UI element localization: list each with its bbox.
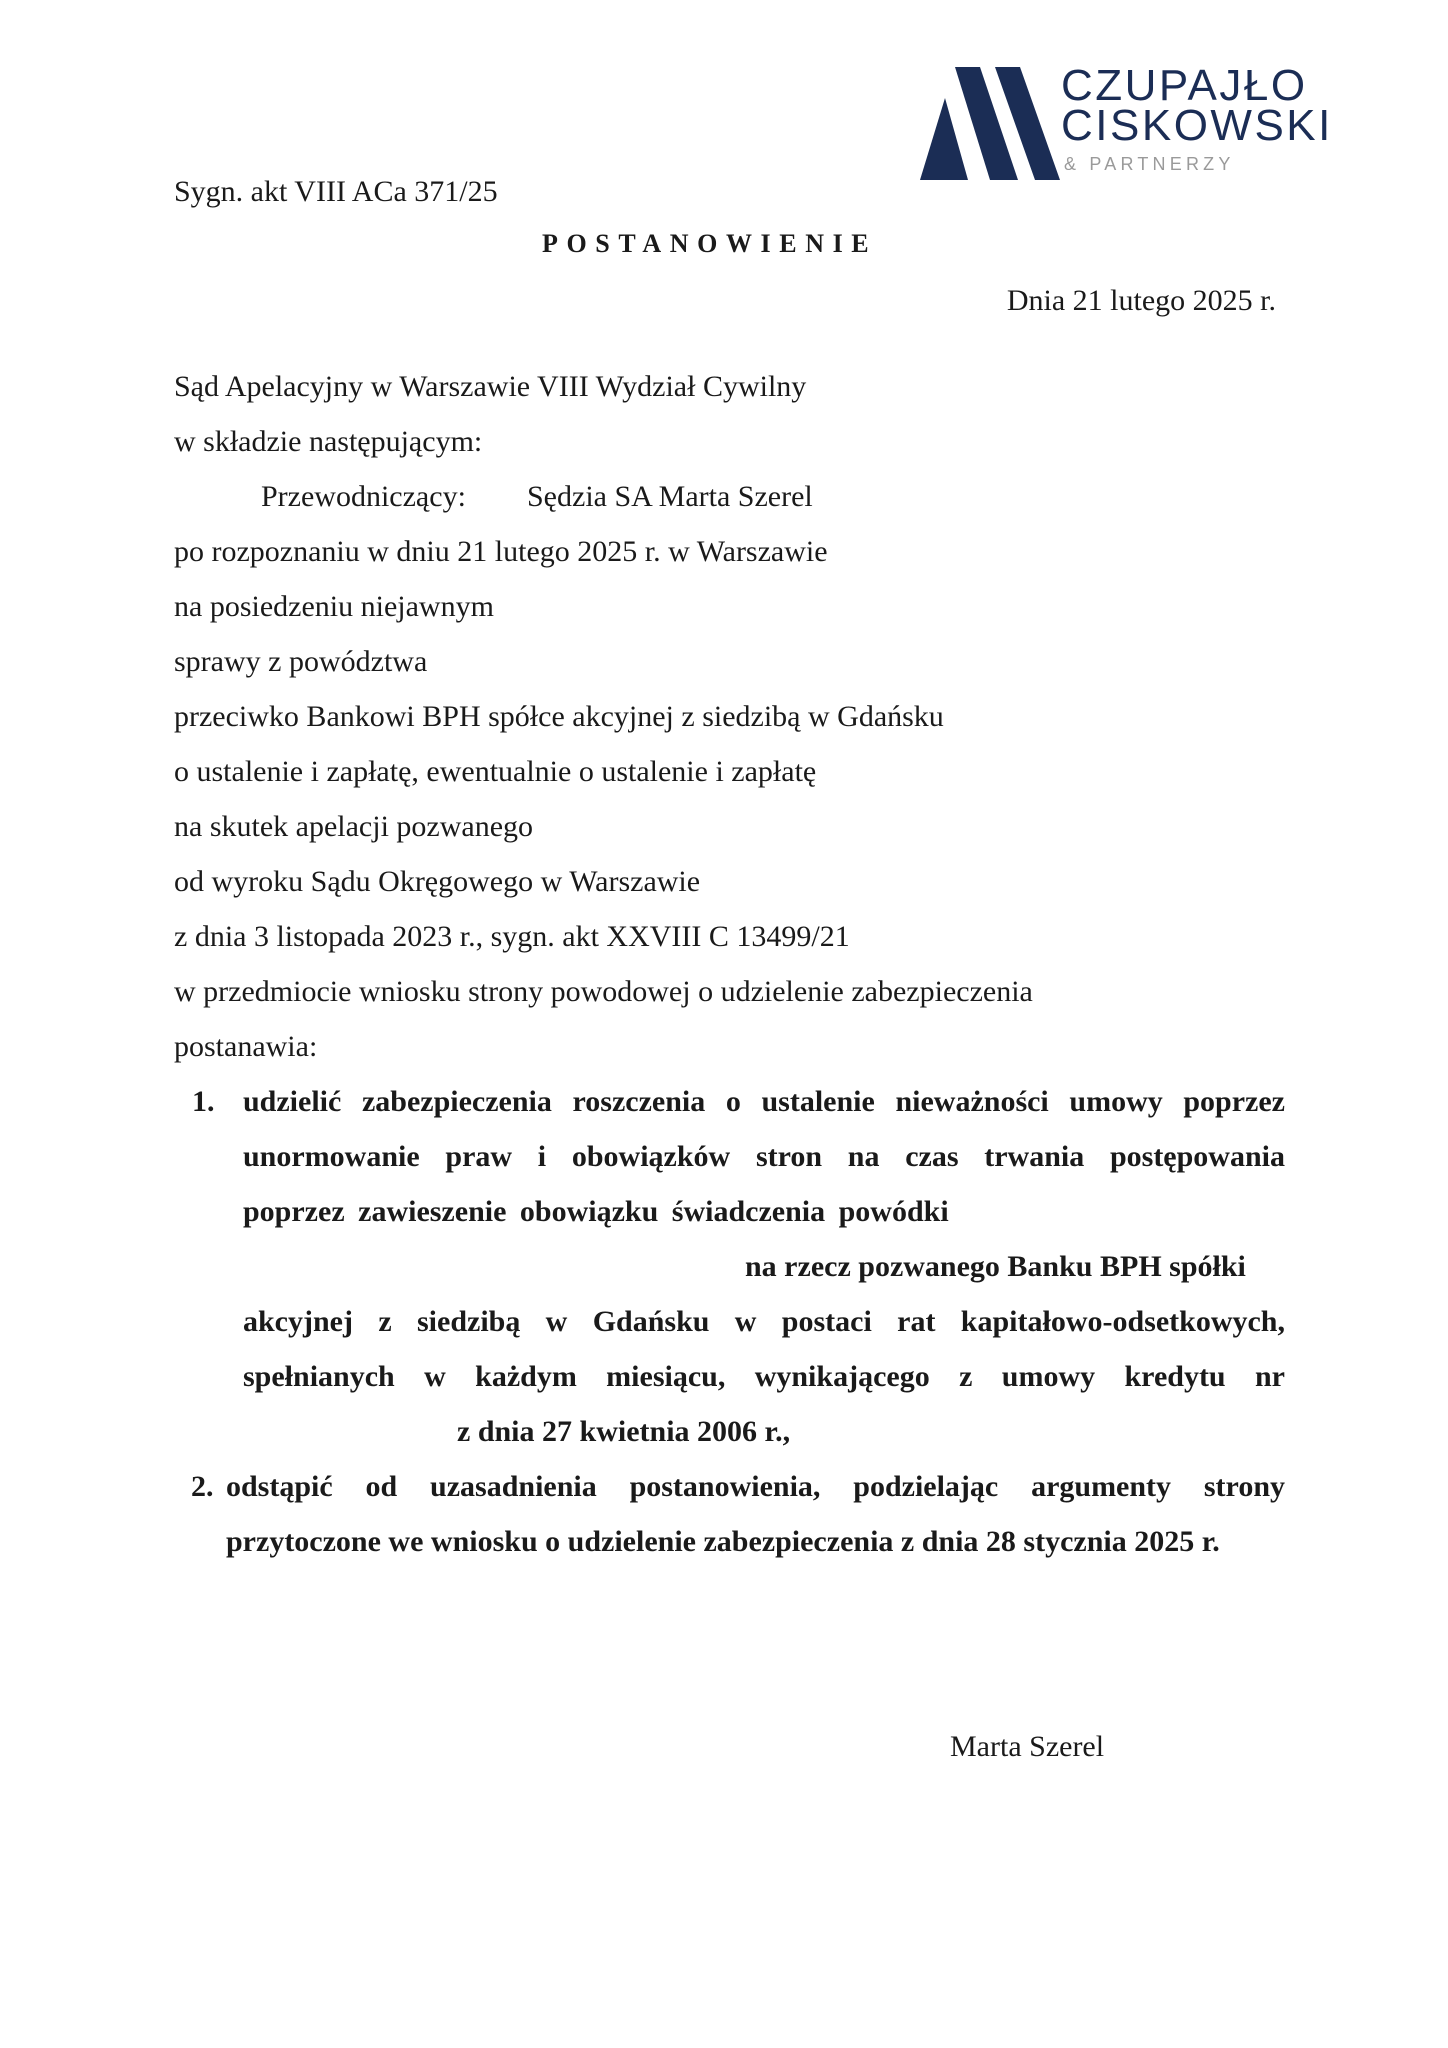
chair-name: Sędzia SA Marta Szerel: [527, 482, 813, 512]
logo-name-line2: CISKOWSKI: [1061, 104, 1333, 148]
ruling-item-line: z dnia 27 kwietnia 2006 r.,: [457, 1417, 790, 1447]
document-date: Dnia 21 lutego 2025 r.: [1007, 286, 1276, 316]
session-line: na posiedzeniu niejawnym: [174, 592, 494, 622]
judgment-date-line: z dnia 3 listopada 2023 r., sygn. akt XX…: [174, 922, 850, 952]
document-title: POSTANOWIENIE: [542, 231, 877, 257]
judge-signature: Marta Szerel: [950, 1732, 1104, 1762]
case-of-line: sprawy z powództwa: [174, 647, 427, 677]
ruling-item-line: spełnianych w każdym miesiącu, wynikając…: [243, 1362, 1285, 1392]
ruling-item-line: poprzez zawieszenie obowiązku świadczeni…: [243, 1197, 949, 1227]
court-name: Sąd Apelacyjny w Warszawie VIII Wydział …: [174, 372, 806, 402]
decides-line: postanawia:: [174, 1032, 317, 1062]
ruling-item-line: udzielić zabezpieczenia roszczenia o ust…: [243, 1087, 1285, 1117]
ruling-item-line: odstąpić od uzasadnienia postanowienia, …: [226, 1472, 1285, 1502]
subject-line: o ustalenie i zapłatę, ewentualnie o ust…: [174, 757, 816, 787]
from-judgment-line: od wyroku Sądu Okręgowego w Warszawie: [174, 867, 700, 897]
ruling-item-line: przytoczone we wniosku o udzielenie zabe…: [226, 1527, 1220, 1557]
case-number: Sygn. akt VIII ACa 371/25: [174, 177, 498, 207]
ruling-item-line: na rzecz pozwanego Banku BPH spółki: [745, 1252, 1246, 1282]
firm-logo: CZUPAJŁO CISKOWSKI & PARTNERZY: [918, 64, 1348, 184]
ruling-item-number: 2.: [191, 1472, 214, 1502]
hearing-line: po rozpoznaniu w dniu 21 lutego 2025 r. …: [174, 537, 828, 567]
chair-label: Przewodniczący:: [261, 482, 466, 512]
composition-label: w składzie następującym:: [174, 427, 482, 457]
against-line: przeciwko Bankowi BPH spółce akcyjnej z …: [174, 702, 944, 732]
logo-subtitle: & PARTNERZY: [1064, 155, 1235, 173]
ruling-item-number: 1.: [192, 1087, 215, 1117]
logo-mark-icon: [918, 64, 1068, 184]
appeal-line: na skutek apelacji pozwanego: [174, 812, 533, 842]
matter-line: w przedmiocie wniosku strony powodowej o…: [174, 977, 1033, 1007]
ruling-item-line: akcyjnej z siedzibą w Gdańsku w postaci …: [243, 1307, 1285, 1337]
ruling-item-line: unormowanie praw i obowiązków stron na c…: [243, 1142, 1285, 1172]
